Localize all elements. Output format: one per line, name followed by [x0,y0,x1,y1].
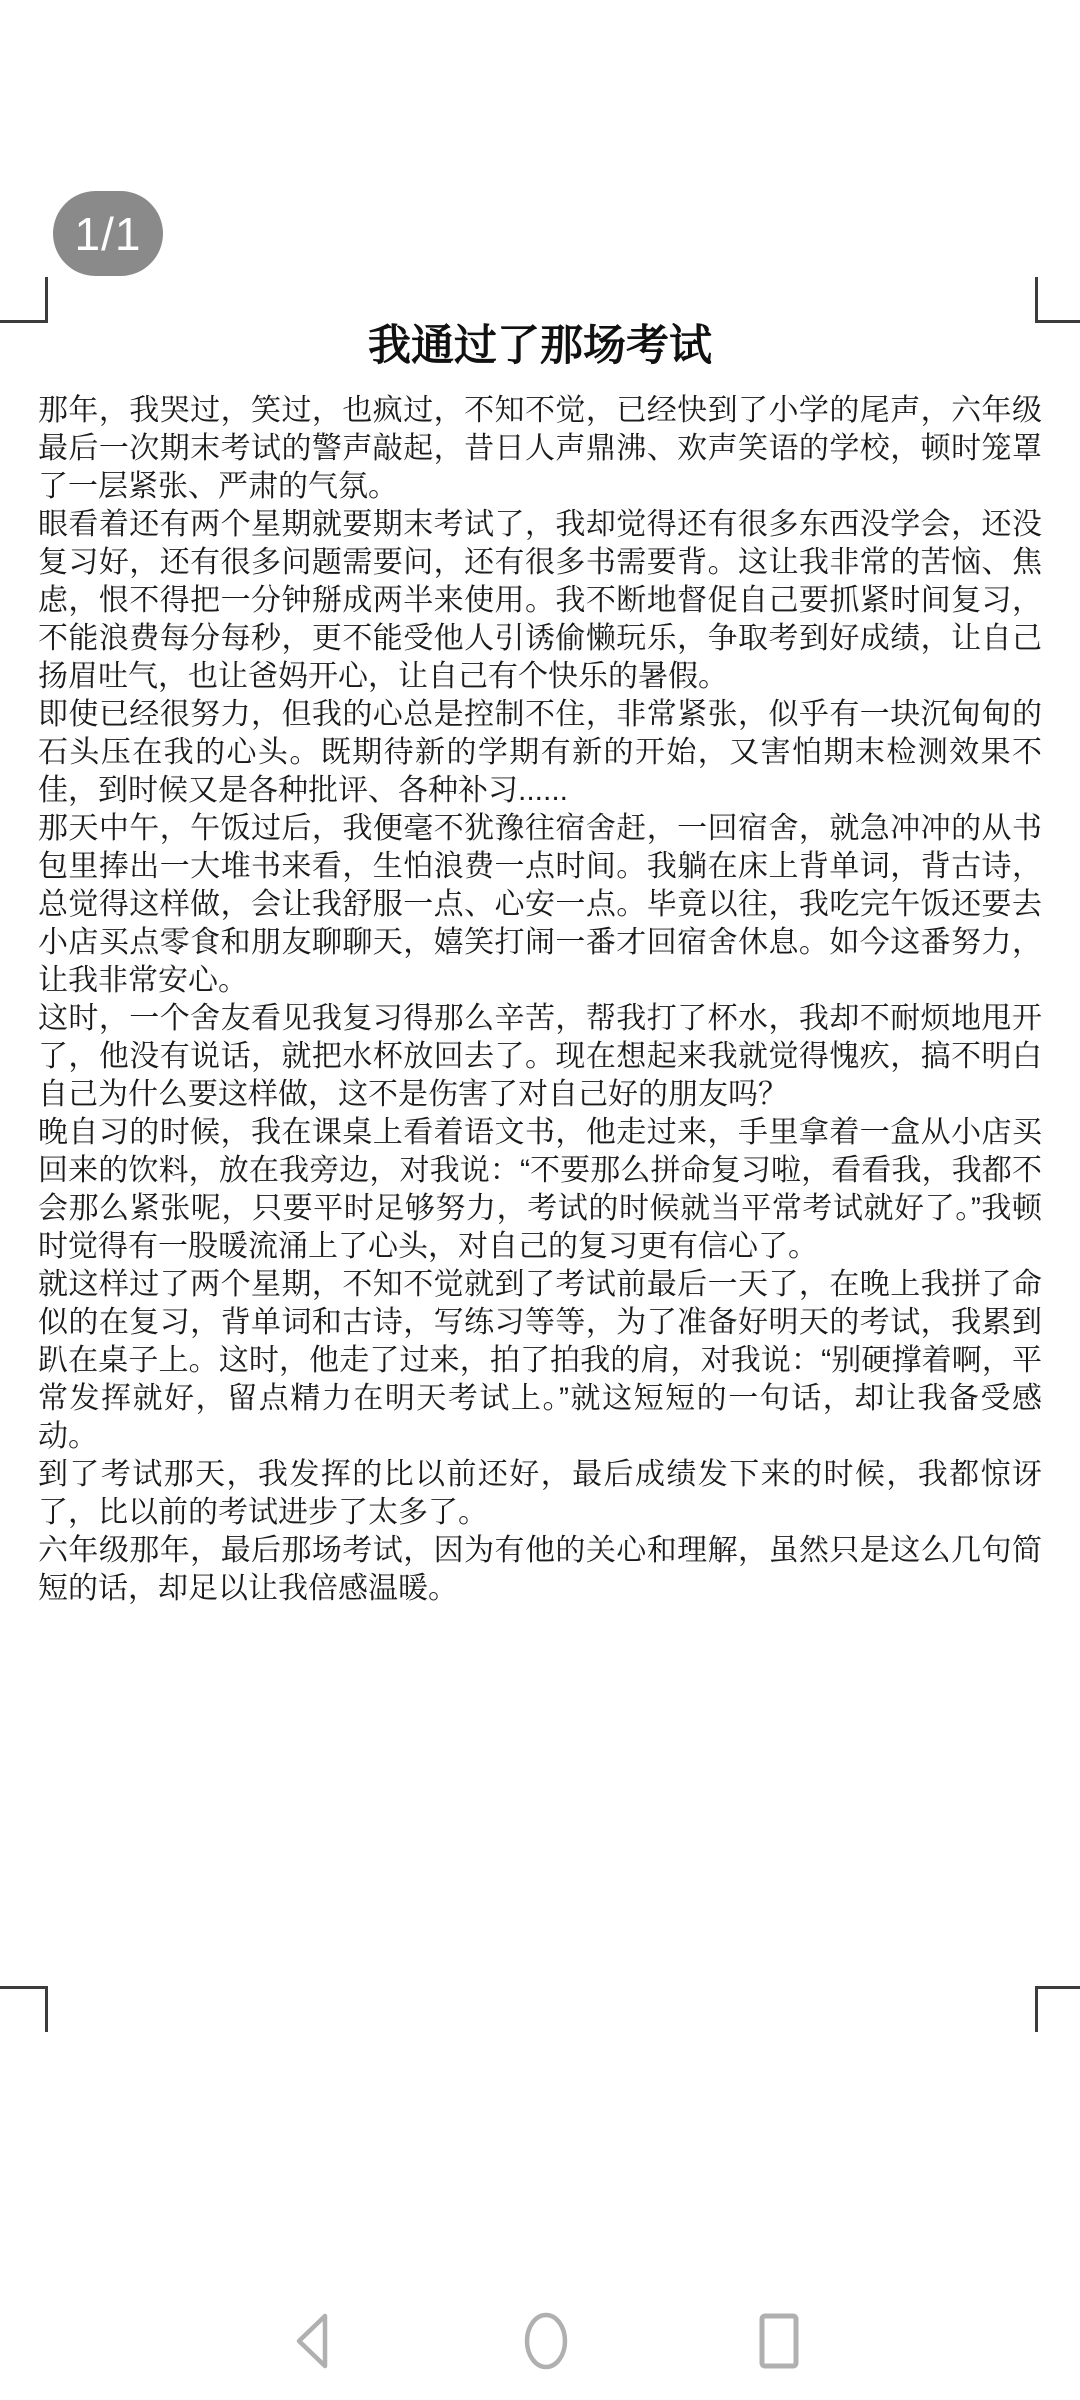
document-paragraph: 那年，我哭过，笑过，也疯过，不知不觉，已经快到了小学的尾声，六年级最后一次期末考… [38,392,1042,506]
document-paragraph: 晚自习的时候，我在课桌上看着语文书，他走过来，手里拿着一盒从小店买回来的饮料，放… [38,1114,1042,1266]
page-indicator-badge: 1/1 [53,191,163,276]
page-corner-mark-top-left [0,277,48,323]
home-icon [522,2311,570,2371]
page-corner-mark-bottom-right [1035,1986,1080,2032]
page-corner-mark-bottom-left [0,1986,48,2032]
document-paragraph: 到了考试那天，我发挥的比以前还好，最后成绩发下来的时候，我都惊讶了，比以前的考试… [38,1456,1042,1532]
recents-icon [757,2312,801,2370]
document-paragraph: 六年级那年，最后那场考试，因为有他的关心和理解，虽然只是这么几句简短的话，却足以… [38,1532,1042,1608]
nav-back-button[interactable] [273,2306,353,2376]
page-indicator-label: 1/1 [75,207,142,261]
document-body: 那年，我哭过，笑过，也疯过，不知不觉，已经快到了小学的尾声，六年级最后一次期末考… [38,392,1042,1608]
nav-recents-button[interactable] [739,2306,819,2376]
nav-home-button[interactable] [506,2306,586,2376]
back-icon [293,2312,333,2370]
document-title: 我通过了那场考试 [0,318,1080,374]
document-paragraph: 那天中午，午饭过后，我便毫不犹豫往宿舍赶，一回宿舍，就急冲冲的从书包里捧出一大堆… [38,810,1042,1000]
document-paragraph: 即使已经很努力，但我的心总是控制不住，非常紧张，似乎有一块沉甸甸的石头压在我的心… [38,696,1042,810]
document-paragraph: 这时，一个舍友看见我复习得那么辛苦，帮我打了杯水，我却不耐烦地甩开了，他没有说话… [38,1000,1042,1114]
document-paragraph: 就这样过了两个星期，不知不觉就到了考试前最后一天了，在晚上我拼了命似的在复习，背… [38,1266,1042,1456]
document-viewer-screen: 1/1 我通过了那场考试 那年，我哭过，笑过，也疯过，不知不觉，已经快到了小学的… [0,0,1080,2400]
page-corner-mark-top-right [1035,277,1080,323]
document-paragraph: 眼看着还有两个星期就要期末考试了，我却觉得还有很多东西没学会，还没复习好，还有很… [38,506,1042,696]
